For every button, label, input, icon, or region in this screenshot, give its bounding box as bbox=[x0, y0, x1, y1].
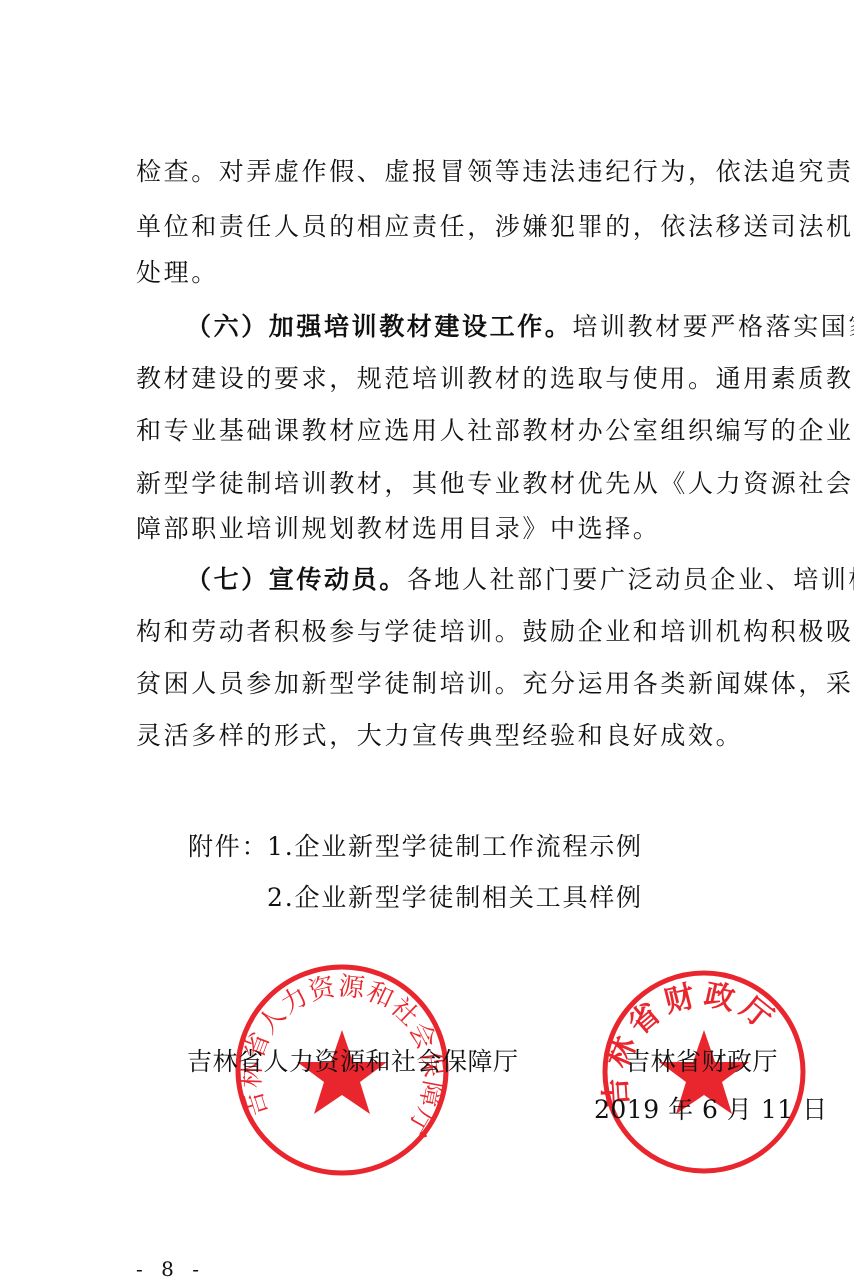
body-line: 和专业基础课教材应选用人社部教材办公室组织编写的企业 bbox=[136, 416, 854, 446]
issue-date: 2019 年 6 月 11 日 bbox=[594, 1095, 828, 1125]
body-line: 教材建设的要求，规范培训教材的选取与使用。通用素质教材 bbox=[136, 364, 854, 394]
section-6-first-line: （六）加强培训教材建设工作。培训教材要严格落实国家 bbox=[186, 312, 854, 342]
attachment-item: 1.企业新型学徒制工作流程示例 bbox=[267, 832, 643, 862]
body-line: 新型学徒制培训教材，其他专业教材优先从《人力资源社会保 bbox=[136, 469, 854, 499]
signatory-hrss: 吉林省人力资源和社会保障厅 bbox=[187, 1047, 519, 1077]
attachment-item: 2.企业新型学徒制相关工具样例 bbox=[267, 883, 643, 913]
body-line: 障部职业培训规划教材选用目录》中选择。 bbox=[136, 514, 660, 544]
page-number: - 8 - bbox=[136, 1257, 205, 1281]
body-line: 单位和责任人员的相应责任，涉嫌犯罪的，依法移送司法机关 bbox=[136, 212, 854, 242]
body-line: 灵活多样的形式，大力宣传典型经验和良好成效。 bbox=[136, 721, 743, 751]
attachments-label: 附件： bbox=[188, 832, 268, 862]
section-6-heading: （六）加强培训教材建设工作。 bbox=[186, 312, 572, 341]
body-line: 处理。 bbox=[136, 258, 219, 288]
section-7-heading: （七）宣传动员。 bbox=[186, 565, 407, 594]
section-6-text: 培训教材要严格落实国家 bbox=[572, 312, 854, 341]
section-7-first-line: （七）宣传动员。各地人社部门要广泛动员企业、培训机 bbox=[186, 565, 854, 595]
section-7-text: 各地人社部门要广泛动员企业、培训机 bbox=[407, 565, 854, 594]
body-line: 贫困人员参加新型学徒制培训。充分运用各类新闻媒体，采取 bbox=[136, 669, 854, 699]
body-line: 构和劳动者积极参与学徒培训。鼓励企业和培训机构积极吸纳 bbox=[136, 617, 854, 647]
body-line: 检查。对弄虚作假、虚报冒领等违法违纪行为，依法追究责任 bbox=[136, 157, 854, 187]
signatory-finance: 吉林省财政厅 bbox=[625, 1047, 778, 1077]
